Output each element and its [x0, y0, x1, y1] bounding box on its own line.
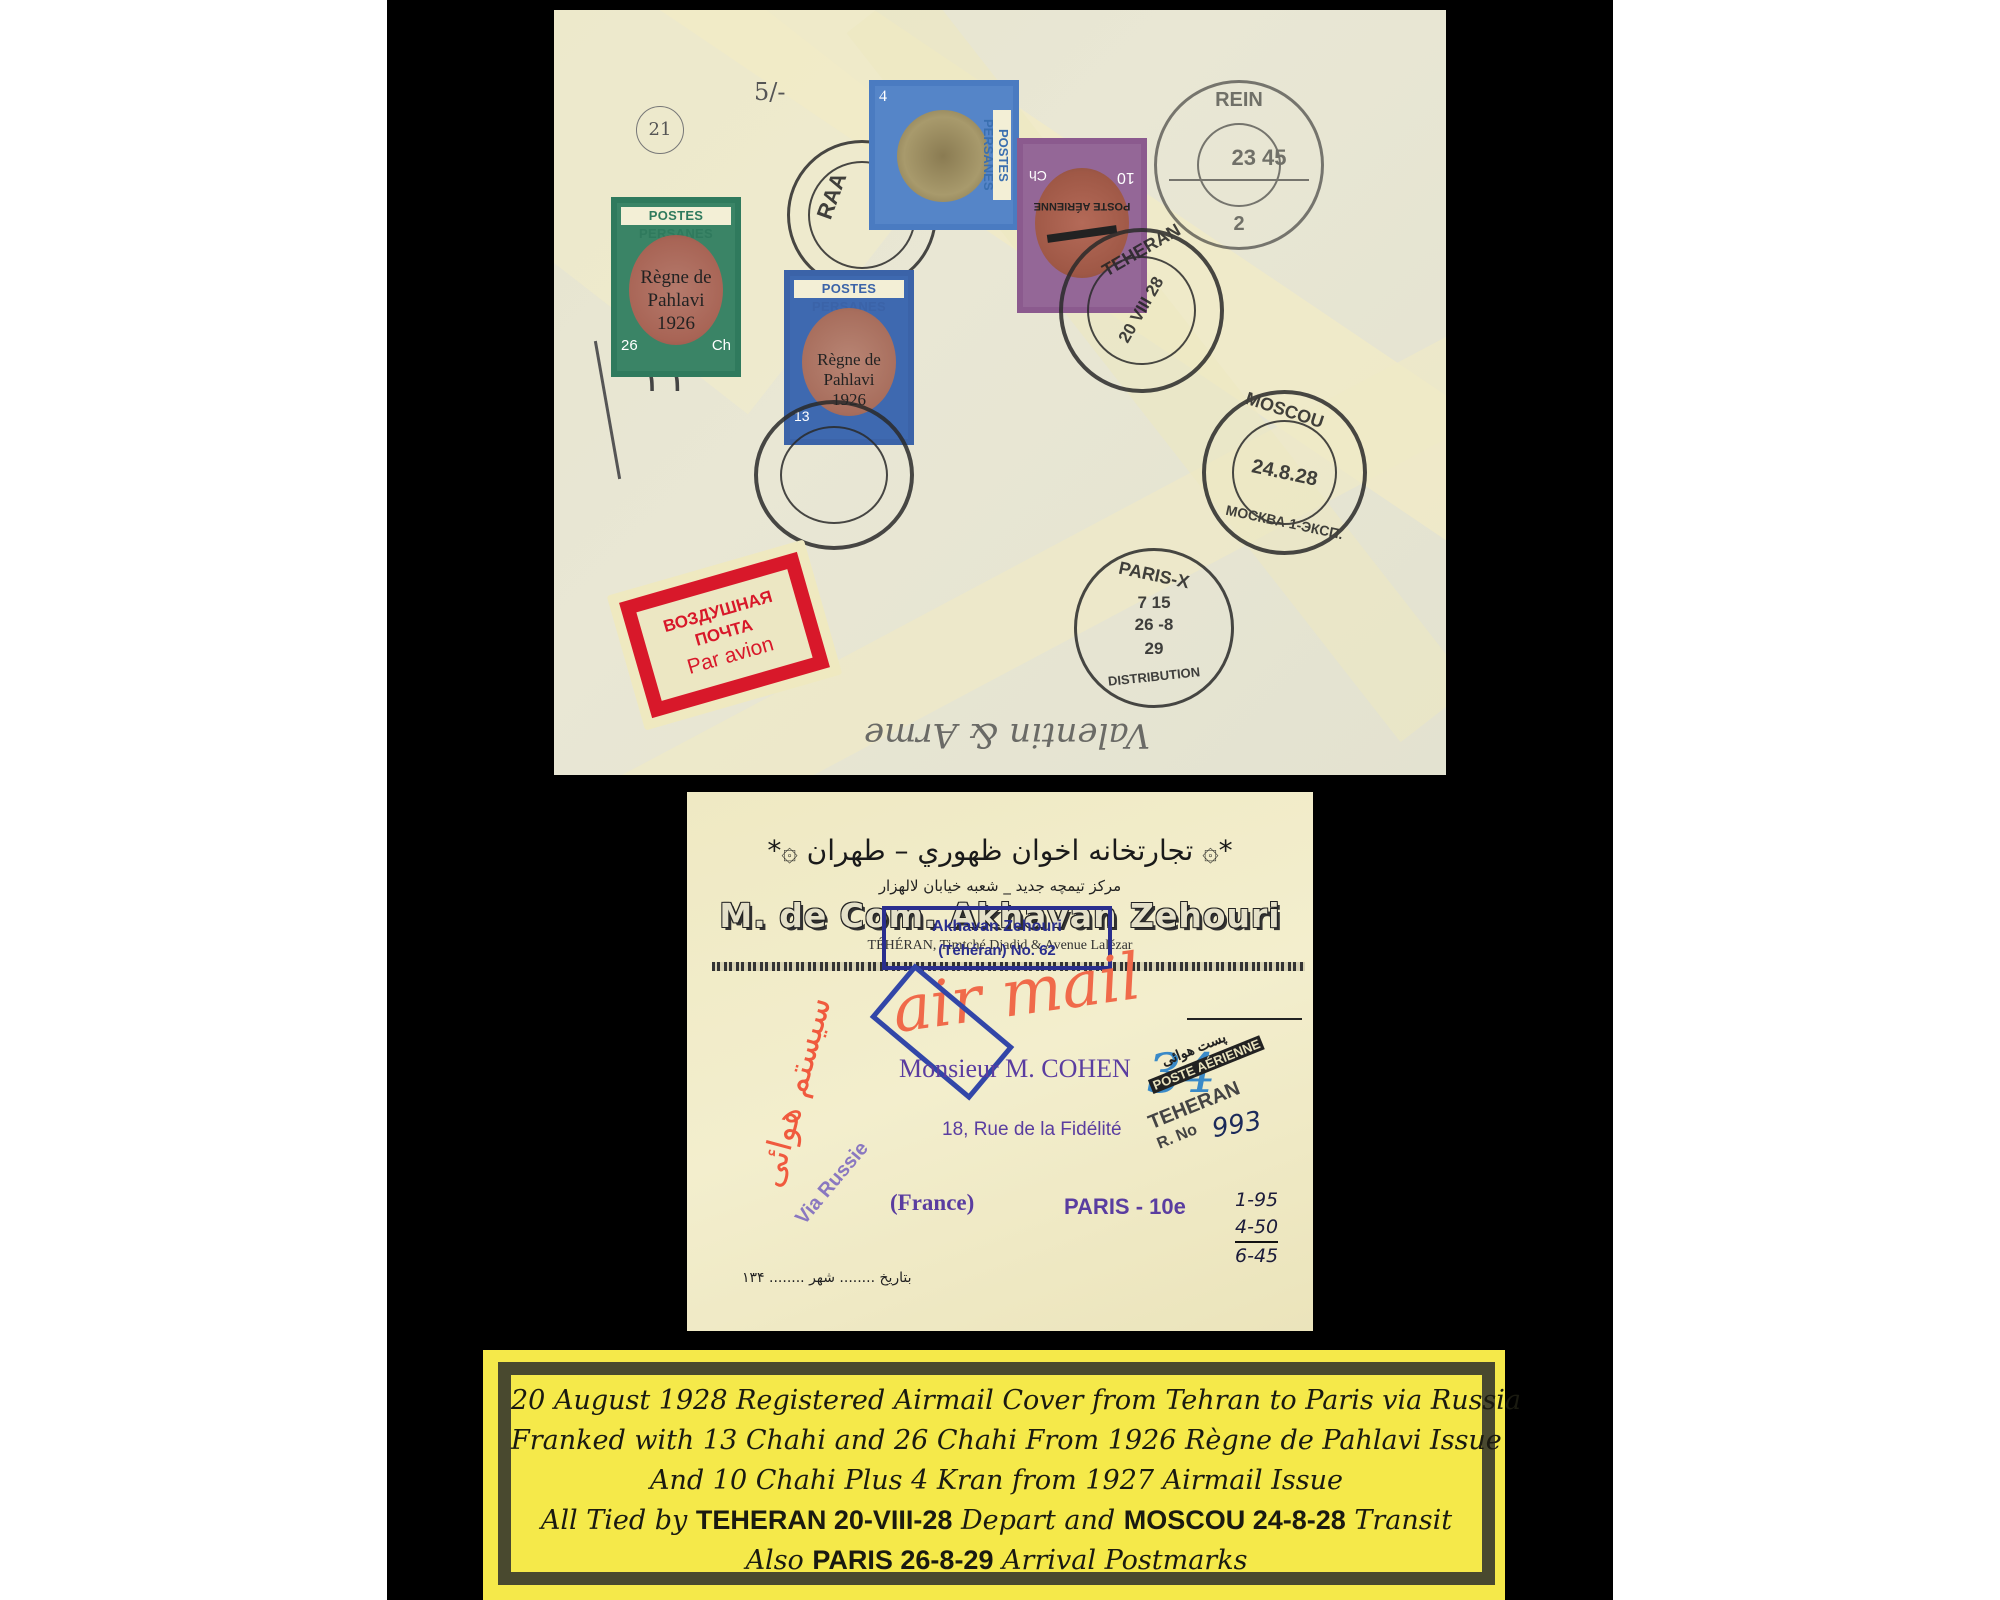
cover-back-image: 21 5/- ۲۱ Valentin & Arme RAA REIN 23 45…: [554, 10, 1446, 775]
recipient-street: 18, Rue de la Fidélité: [942, 1119, 1122, 1141]
caption-text-run: 20 August 1928 Registered Airmail Cover …: [511, 1385, 1521, 1416]
pencil-inscription: Valentin & Arme: [864, 715, 1150, 755]
recipient-city: PARIS - 10e: [1064, 1194, 1186, 1220]
recipient-country: (France): [890, 1190, 974, 1216]
caption-postmark-ref: MOSCOU 24-8-28: [1124, 1505, 1346, 1535]
routing-cachet: Via Russie: [791, 1137, 873, 1229]
caption-text-run: Depart and: [952, 1505, 1123, 1536]
circled-number-note: 21: [636, 106, 684, 154]
caption-postmark-ref: TEHERAN 20-VIII-28: [696, 1505, 953, 1535]
red-arabic-handwriting: سیستم هوائی: [750, 992, 839, 1191]
postmark-paris: PARIS-X 7 15 26 -8 29 DISTRIBUTION: [1074, 548, 1234, 708]
caption-plate: 20 August 1928 Registered Airmail Cover …: [483, 1350, 1505, 1600]
caption-text-run: Arrival Postmarks: [993, 1545, 1247, 1576]
caption-text-run: Franked with 13 Chahi and 26 Chahi From …: [511, 1425, 1502, 1456]
caption-text-run: And 10 Chahi Plus 4 Kran from 1927 Airma…: [650, 1465, 1343, 1496]
cover-front-image: *۞ تجارتخانه اخوان ظهوري – طهران ۞* مرکز…: [687, 792, 1313, 1331]
black-airmail-cachet: پست هوائی POSTE AÉRIENNE TEHERAN R. No: [1122, 1013, 1302, 1171]
caption-text-run: All Tied by: [541, 1505, 696, 1536]
postage-rate-calculation: 1-95 4-50 6-45: [1235, 1187, 1278, 1270]
caption-text: 20 August 1928 Registered Airmail Cover …: [511, 1380, 1482, 1580]
caption-line: And 10 Chahi Plus 4 Kran from 1927 Airma…: [511, 1460, 1482, 1500]
postmark-teheran: TEHERAN 20 VIII 28: [1059, 228, 1224, 393]
caption-line: All Tied by TEHERAN 20-VIII-28 Depart an…: [511, 1500, 1482, 1540]
caption-line: Franked with 13 Chahi and 26 Chahi From …: [511, 1420, 1482, 1460]
arabic-letterhead: *۞ تجارتخانه اخوان ظهوري – طهران ۞*: [687, 834, 1313, 867]
arabic-date-line: بتاریخ ........ شهر ........ ۱۳۴: [742, 1270, 912, 1286]
postmark-teheran-2: [754, 400, 914, 550]
price-pencil-note: 5/-: [754, 78, 785, 106]
caption-line: Also PARIS 26-8-29 Arrival Postmarks: [511, 1540, 1482, 1580]
stamp-4-kran-airmail: POSTES PERSANES 4: [869, 80, 1019, 230]
stamp-26-chahi-pahlavi: POSTES PERSANES Règne de Pahlavi 1926 26…: [611, 197, 741, 377]
caption-line: 20 August 1928 Registered Airmail Cover …: [511, 1380, 1482, 1420]
caption-postmark-ref: PARIS 26-8-29: [812, 1545, 993, 1575]
recipient-name: Monsieur M. COHEN: [899, 1054, 1131, 1084]
postmark-moscou: MOSCOU 24.8.28 МОСКВА 1-ЭКСП.: [1202, 390, 1367, 555]
caption-text-run: Transit: [1346, 1505, 1452, 1536]
caption-text-run: Also: [746, 1545, 813, 1576]
arabic-subheading: مرکز تیمچه جدید _ شعبه خیابان لالهزار: [687, 877, 1313, 895]
